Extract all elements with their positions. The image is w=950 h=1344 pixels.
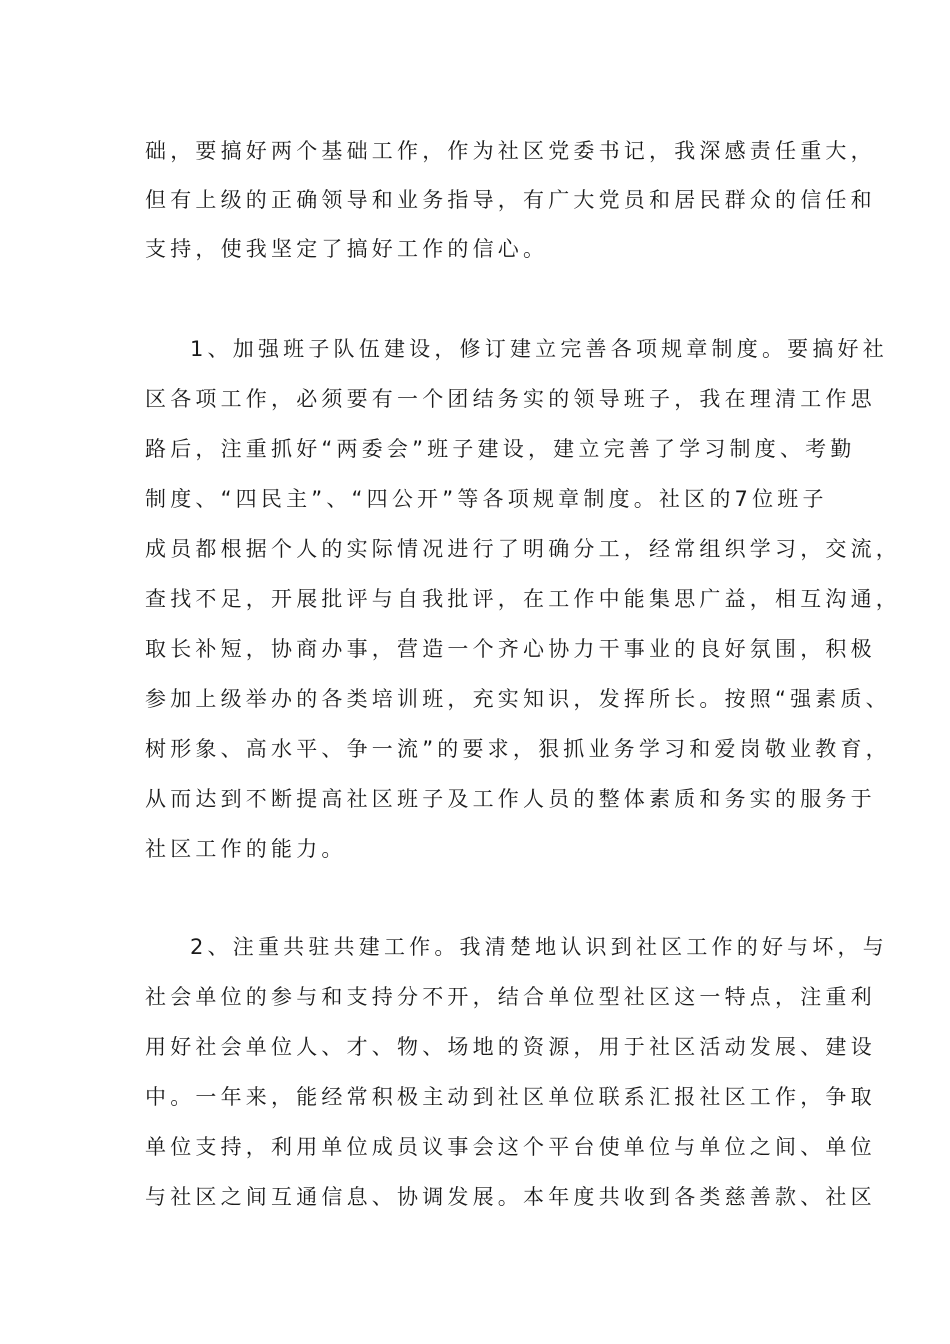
text-line: 中。一年来，能经常积极主动到社区单位联系汇报社区工作，争取 [145, 1082, 825, 1112]
text-line: 社会单位的参与和支持分不开，结合单位型社区这一特点，注重利 [145, 982, 825, 1012]
text-line: 支持，使我坚定了搞好工作的信心。 [145, 234, 825, 264]
text-line: 1、加强班子队伍建设，修订建立完善各项规章制度。要搞好社 [190, 334, 830, 364]
text-line: 2、注重共驻共建工作。我清楚地认识到社区工作的好与坏，与 [190, 932, 830, 962]
text-line: 路后，注重抓好“两委会”班子建设，建立完善了学习制度、考勤 [145, 434, 825, 464]
text-line: 社区工作的能力。 [145, 834, 825, 864]
text-line: 取长补短，协商办事，营造一个齐心协力干事业的良好氛围，积极 [145, 634, 825, 664]
text-line: 制度、“四民主”、“四公开”等各项规章制度。社区的7位班子 [145, 484, 825, 514]
text-line: 用好社会单位人、才、物、场地的资源，用于社区活动发展、建设 [145, 1032, 825, 1062]
text-line: 但有上级的正确领导和业务指导，有广大党员和居民群众的信任和 [145, 185, 825, 215]
text-line: 从而达到不断提高社区班子及工作人员的整体素质和务实的服务于 [145, 784, 825, 814]
text-line: 单位支持，利用单位成员议事会这个平台使单位与单位之间、单位 [145, 1132, 825, 1162]
text-line: 础，要搞好两个基础工作，作为社区党委书记，我深感责任重大， [145, 136, 825, 166]
text-line: 与社区之间互通信息、协调发展。本年度共收到各类慈善款、社区 [145, 1182, 825, 1212]
text-line: 区各项工作，必须要有一个团结务实的领导班子，我在理清工作思 [145, 384, 825, 414]
text-line: 树形象、高水平、争一流”的要求，狠抓业务学习和爱岗敬业教育， [145, 734, 825, 764]
text-line: 成员都根据个人的实际情况进行了明确分工，经常组织学习，交流， [145, 534, 825, 564]
document-page: 础，要搞好两个基础工作，作为社区党委书记，我深感责任重大， 但有上级的正确领导和… [0, 0, 950, 1344]
text-line: 参加上级举办的各类培训班，充实知识，发挥所长。按照“强素质、 [145, 684, 825, 714]
text-line: 查找不足，开展批评与自我批评，在工作中能集思广益，相互沟通， [145, 584, 825, 614]
